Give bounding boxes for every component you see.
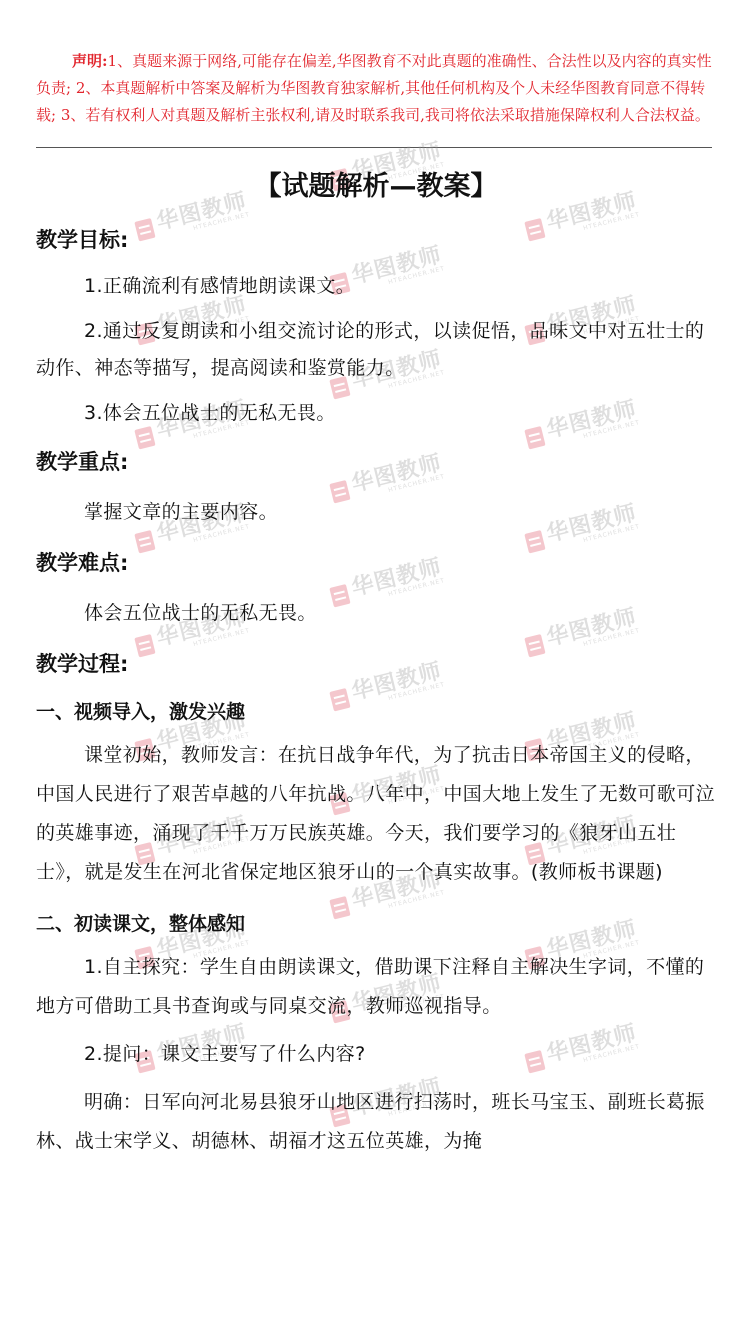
lesson-plan: 【试题解析—教案】 教学目标: 1.正确流利有感情地朗读课文。 2.通过反复朗读… [36,160,716,1161]
step1-text: 课堂初始，教师发言：在抗日战争年代，为了抗击日本帝国主义的侵略，中国人民进行了艰… [36,736,716,892]
heading-difficulty: 教学难点: [36,543,716,583]
disclaimer-notice: 声明:1、真题来源于网络,可能存在偏差,华图教育不对此真题的准确性、合法性以及内… [36,48,712,129]
goal-item: 1.正确流利有感情地朗读课文。 [36,268,716,305]
goal-item: 3.体会五位战士的无私无畏。 [36,395,716,432]
heading-key-point: 教学重点: [36,442,716,482]
heading-goals: 教学目标: [36,220,716,260]
step2-item: 1.自主探究：学生自由朗读课文，借助课下注释自主解决生字词，不懂的地方可借助工具… [36,948,716,1026]
disclaimer-lead: 声明: [72,52,108,70]
goal-item: 2.通过反复朗读和小组交流讨论的形式，以读促悟，品味文中对五壮士的动作、神态等描… [36,313,716,387]
difficulty-text: 体会五位战士的无私无畏。 [36,595,716,632]
divider-line [36,147,712,148]
step2-item: 明确：日军向河北易县狼牙山地区进行扫荡时，班长马宝玉、副班长葛振林、战士宋学义、… [36,1083,716,1161]
step2-title: 二、初读课文，整体感知 [36,906,716,942]
disclaimer-text: 1、真题来源于网络,可能存在偏差,华图教育不对此真题的准确性、合法性以及内容的真… [36,52,712,124]
page-title: 【试题解析—教案】 [36,160,716,214]
step1-title: 一、视频导入，激发兴趣 [36,694,716,730]
heading-process: 教学过程: [36,644,716,684]
step2-item: 2.提问：课文主要写了什么内容? [36,1036,716,1073]
key-point-text: 掌握文章的主要内容。 [36,494,716,531]
